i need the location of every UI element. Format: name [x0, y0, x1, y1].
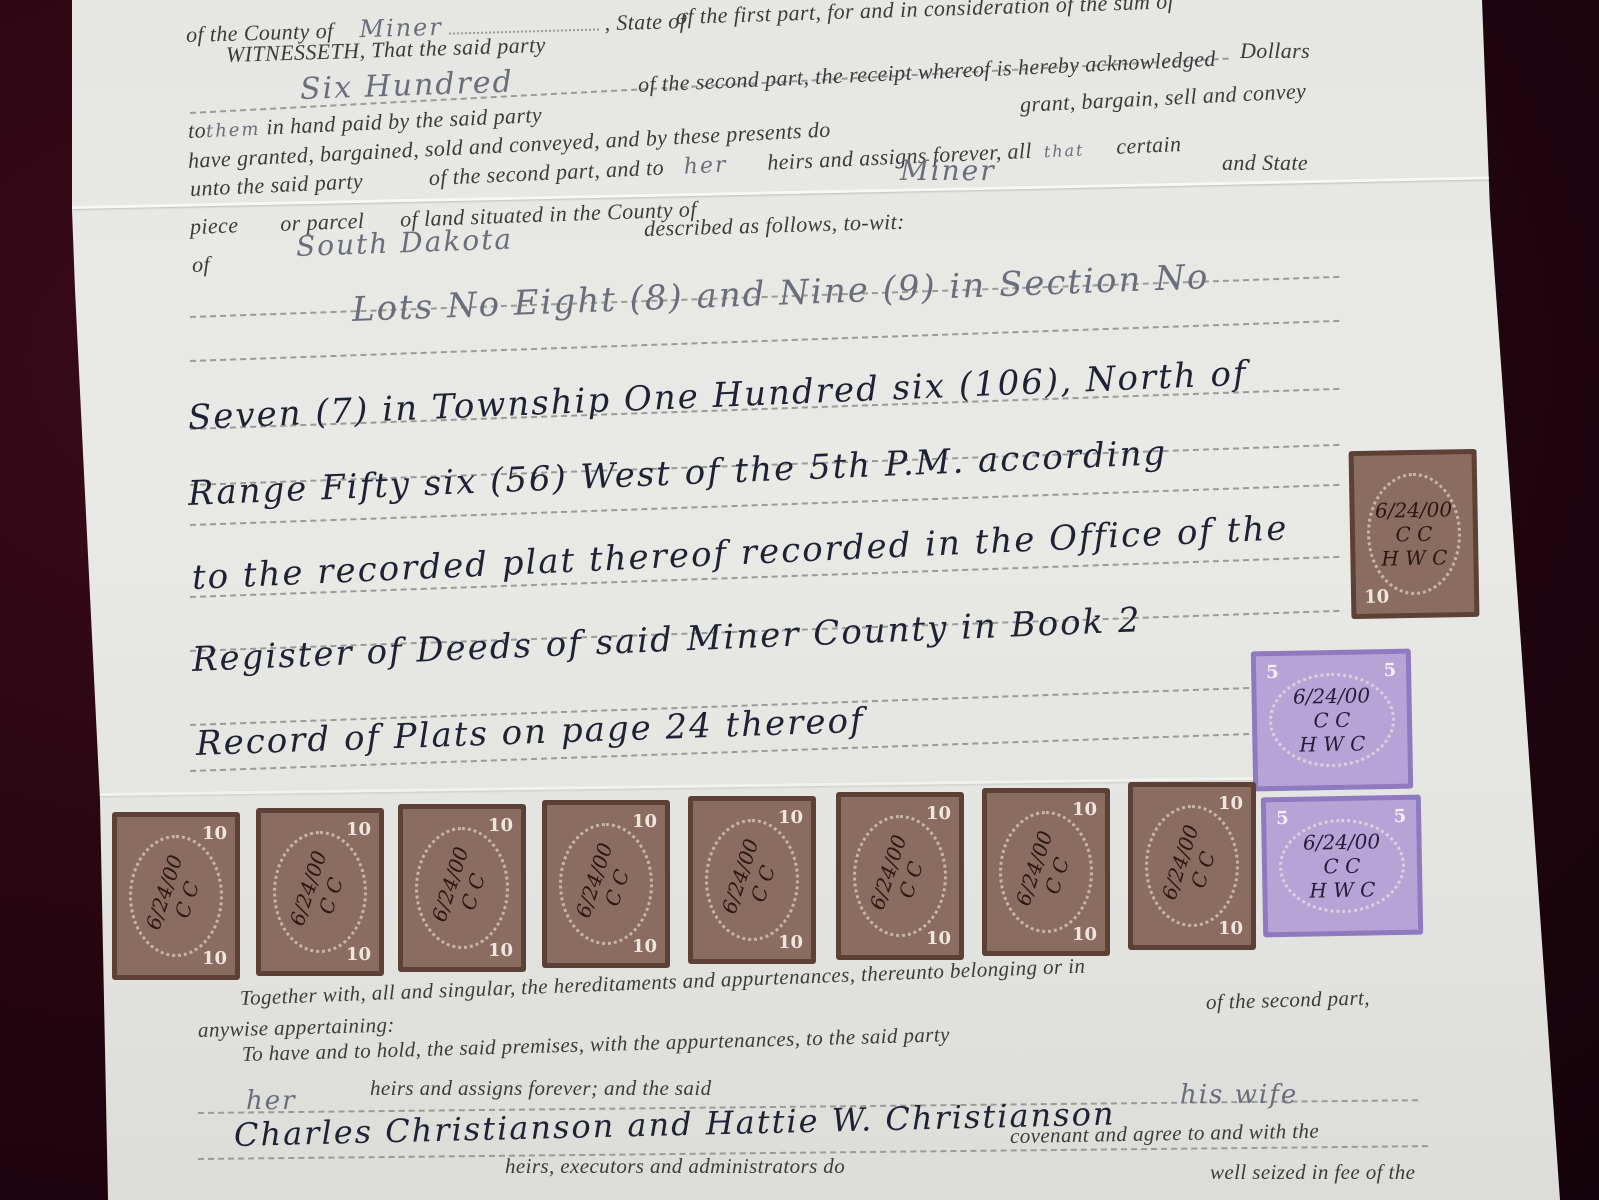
dollars-label: Dollars — [1240, 38, 1310, 64]
legal-line-1: Lots No Eight (8) and Nine (9) in Sectio… — [351, 257, 1210, 330]
revenue-stamp-10c-right: 10 6/24/00 C C H W C — [1349, 449, 1480, 619]
heirs-assigns-line: heirs and assigns forever; and the said — [370, 1076, 711, 1101]
legal-line-6: Record of Plats on page 24 thereof — [195, 701, 865, 764]
revenue-stamp-10c-4: 1010 6/24/00C C — [542, 800, 670, 968]
revenue-stamp-5c-upper: 5 5 6/24/00 C C H W C — [1251, 649, 1413, 792]
stamp-cancellation: 6/24/00 C C H W C — [1375, 497, 1453, 570]
handwritten-state: South Dakota — [295, 222, 513, 263]
revenue-stamp-10c-8: 1010 6/24/00C C — [1128, 782, 1256, 950]
legal-line-3: Range Fifty six (56) West of the 5th P.M… — [187, 433, 1168, 514]
legal-line-4: to the recorded plat thereof recorded in… — [191, 508, 1289, 598]
revenue-stamp-10c-5: 1010 6/24/00C C — [688, 796, 816, 964]
legal-line-2: Seven (7) in Township One Hundred six (1… — [187, 354, 1248, 438]
handwritten-grantors: Charles Christianson and Hattie W. Chris… — [234, 1094, 1116, 1154]
second-part-label: of the second part, — [1206, 985, 1371, 1015]
deed-paper: of the County of Miner , State of WITNES… — [0, 0, 1599, 1200]
grant-bargain-line: grant, bargain, sell and convey — [1019, 78, 1306, 118]
revenue-stamp-10c-7: 1010 6/24/00C C — [982, 788, 1110, 956]
legal-line-5: Register of Deeds of said Miner County i… — [191, 600, 1142, 680]
revenue-stamp-10c-1: 1010 6/24/00C C — [112, 812, 240, 980]
revenue-stamp-10c-2: 1010 6/24/00C C — [256, 808, 384, 976]
executors-line: heirs, executors and administrators do — [505, 1154, 845, 1179]
revenue-stamp-10c-3: 1010 6/24/00C C — [398, 804, 526, 972]
revenue-stamp-5c-lower: 5 5 6/24/00 C C H W C — [1261, 795, 1423, 938]
first-part-consideration: of the first part, for and in considerat… — [676, 0, 1175, 30]
and-state-label: and State — [1222, 150, 1308, 176]
handwritten-his-wife: his wife — [1180, 1080, 1298, 1110]
revenue-stamp-10c-6: 1010 6/24/00C C — [836, 792, 964, 960]
handwritten-land-county: Miner — [900, 154, 996, 187]
state-line: of — [192, 252, 211, 278]
covenant-line: covenant and agree to and with the — [1010, 1119, 1319, 1149]
seized-in-fee-line: well seized in fee of the — [1210, 1160, 1415, 1185]
